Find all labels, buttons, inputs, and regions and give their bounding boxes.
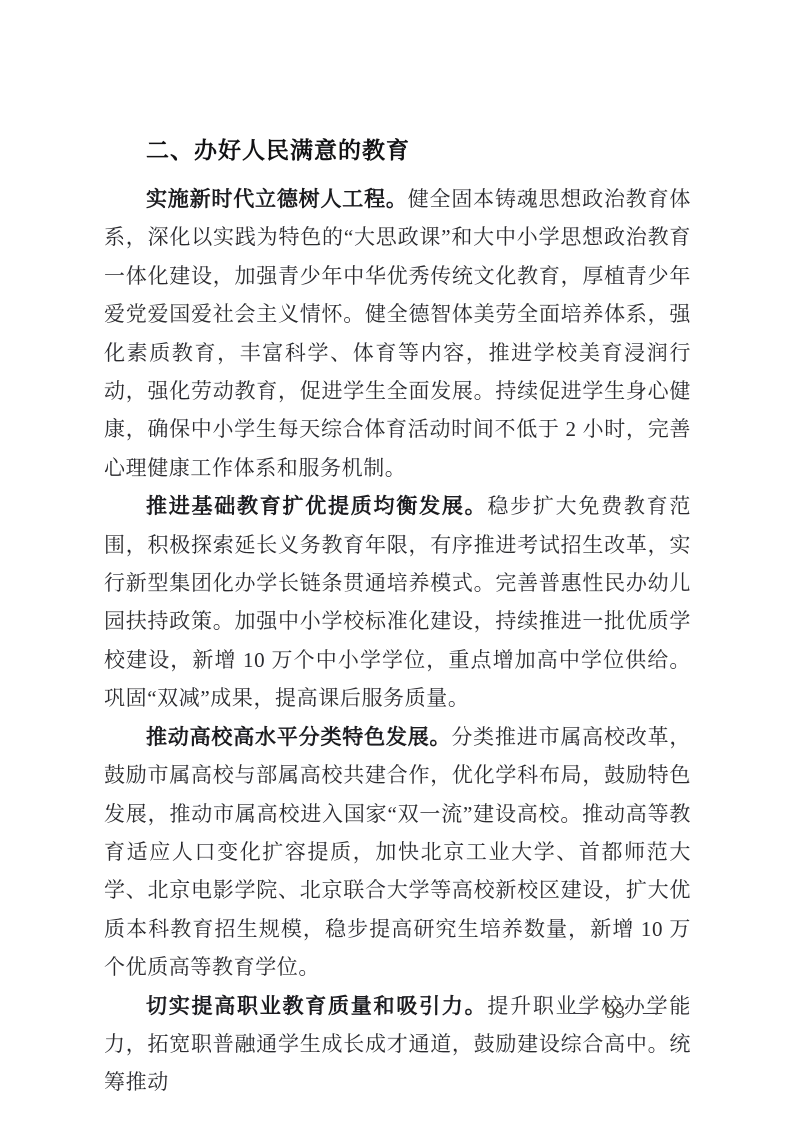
paragraph: 推进基础教育扩优提质均衡发展。稳步扩大免费教育范围，积极探索延长义务教育年限，有…: [104, 487, 691, 717]
paragraph-text: 稳步扩大免费教育范围，积极探索延长义务教育年限，有序推进考试招生改革，实行新型集…: [104, 494, 691, 710]
paragraph-text: 健全固本铸魂思想政治教育体系，深化以实践为特色的“大思政课”和大中小学思想政治教…: [104, 187, 691, 480]
paragraph-lead: 实施新时代立德树人工程。: [146, 187, 408, 211]
page-number-value: 93: [606, 1000, 625, 1026]
paragraph: 实施新时代立德树人工程。健全固本铸魂思想政治教育体系，深化以实践为特色的“大思政…: [104, 180, 691, 487]
document-page: 二、办好人民满意的教育 实施新时代立德树人工程。健全固本铸魂思想政治教育体系，深…: [0, 0, 794, 1123]
paragraph: 推动高校高水平分类特色发展。分类推进市属高校改革，鼓励市属高校与部属高校共建合作…: [104, 718, 691, 987]
paragraph-text: 分类推进市属高校改革，鼓励市属高校与部属高校共建合作，优化学科布局，鼓励特色发展…: [104, 725, 691, 979]
paragraph-lead: 推动高校高水平分类特色发展。: [146, 725, 451, 749]
paragraph-lead: 切实提高职业教育质量和吸引力。: [146, 994, 487, 1018]
paragraph-lead: 推进基础教育扩优提质均衡发展。: [146, 494, 487, 518]
page-number: —93—: [569, 1000, 662, 1026]
section-heading: 二、办好人民满意的教育: [104, 130, 691, 170]
document-content: 二、办好人民满意的教育 实施新时代立德树人工程。健全固本铸魂思想政治教育体系，深…: [104, 130, 691, 1102]
page-number-dash-left: —: [569, 1000, 588, 1026]
page-number-dash-right: —: [643, 1000, 662, 1026]
